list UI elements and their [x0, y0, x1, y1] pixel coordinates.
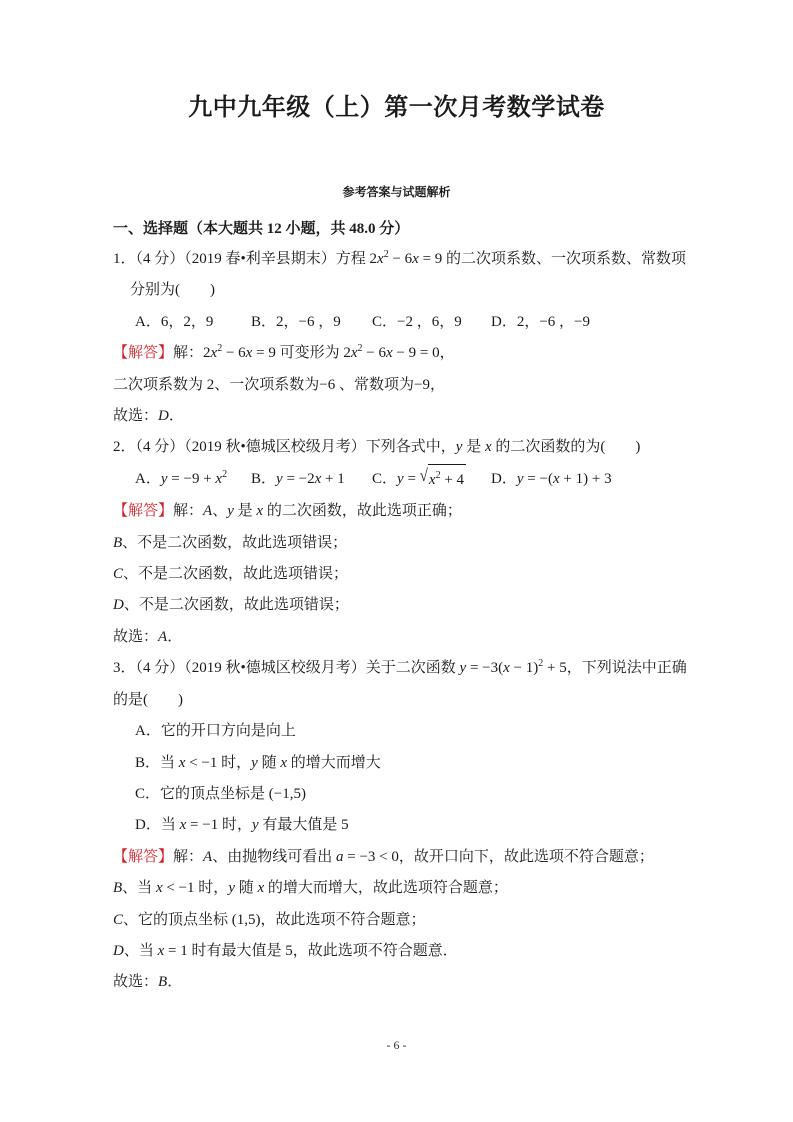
answer-3-line-5: 故选：B．: [113, 967, 693, 998]
answer-marker: 【解答】: [113, 503, 173, 519]
answer-1-line-3: 故选：D．: [113, 401, 693, 432]
document-title: 九中九年级（上）第一次月考数学试卷: [0, 0, 793, 127]
question-1-line-1: 1．（4 分）（2019 春•利辛县期末）方程 2x2 − 6x = 9 的二次…: [113, 244, 693, 275]
section-heading: 一、选择题（本大题共 12 小题，共 48.0 分）: [113, 214, 684, 244]
question-3-option-c: C．它的顶点坐标是 (−1,5): [135, 779, 693, 810]
question-2-options-c: C．y = √x2 + 4: [372, 464, 491, 496]
answer-marker: 【解答】: [113, 849, 173, 865]
answer-2-line-1: 【解答】解：A、y 是 x 的二次函数，故此选项正确；: [113, 496, 693, 527]
answer-2-line-5: 故选：A．: [113, 622, 693, 653]
answer-marker: 【解答】: [113, 345, 173, 361]
answer-3-line-2: B、当 x < −1 时，y 随 x 的增大而增大，故此选项符合题意；: [113, 873, 693, 904]
question-1-options-b: B．2，−6 ，9: [251, 307, 372, 338]
question-1-options-d: D．2，−6 ，−9: [491, 307, 590, 338]
question-1-options-a: A．6，2，9: [135, 307, 251, 338]
question-2-options-a: A．y = −9 + x2: [135, 464, 251, 496]
question-1-options: A．6，2，9B．2，−6 ，9C．−2 ，6，9D．2，−6 ，−9: [135, 307, 693, 338]
question-2-options-d: D．y = −(x + 1) + 3: [491, 464, 612, 496]
question-2-options: A．y = −9 + x2B．y = −2x + 1C．y = √x2 + 4D…: [135, 464, 693, 496]
document-subtitle: 参考答案与试题解析: [0, 184, 793, 200]
document-body: 1．（4 分）（2019 春•利辛县期末）方程 2x2 − 6x = 9 的二次…: [113, 244, 693, 999]
answer-1-line-2: 二次项系数为 2、一次项系数为−6 、常数项为−9，: [113, 370, 693, 401]
question-3-line-1: 3．（4 分）（2019 秋•德城区校级月考）关于二次函数 y = −3(x −…: [113, 653, 693, 684]
answer-3-line-1: 【解答】解：A、由抛物线可看出 a = −3 < 0，故开口向下，故此选项不符合…: [113, 842, 693, 873]
answer-1-line-1: 【解答】解：2x2 − 6x = 9 可变形为 2x2 − 6x − 9 = 0…: [113, 338, 693, 369]
answer-3-line-3: C、它的顶点坐标 (1,5)，故此选项不符合题意；: [113, 905, 693, 936]
page-number: - 6 -: [0, 1038, 793, 1053]
sqrt-expression: √x2 + 4: [420, 464, 466, 496]
answer-2-line-3: C、不是二次函数，故此选项错误；: [113, 559, 693, 590]
question-2-line-1: 2．（4 分）（2019 秋•德城区校级月考）下列各式中，y 是 x 的二次函数…: [113, 432, 693, 463]
answer-3-line-4: D、当 x = 1 时有最大值是 5，故此选项不符合题意．: [113, 936, 693, 967]
question-3-option-b: B．当 x < −1 时，y 随 x 的增大而增大: [135, 748, 693, 779]
question-3-option-d: D．当 x = −1 时，y 有最大值是 5: [135, 810, 693, 841]
answer-2-line-4: D、不是二次函数，故此选项错误；: [113, 590, 693, 621]
question-1-line-2: 分别为( ): [130, 275, 693, 306]
question-3-option-a: A．它的开口方向是向上: [135, 716, 693, 747]
answer-2-line-2: B、不是二次函数，故此选项错误；: [113, 528, 693, 559]
question-2-options-b: B．y = −2x + 1: [251, 464, 372, 496]
exam-document-page: 九中九年级（上）第一次月考数学试卷 参考答案与试题解析 一、选择题（本大题共 1…: [0, 0, 793, 1122]
question-3-line-2: 的是( ): [113, 685, 693, 716]
question-1-options-c: C．−2 ，6，9: [372, 307, 491, 338]
